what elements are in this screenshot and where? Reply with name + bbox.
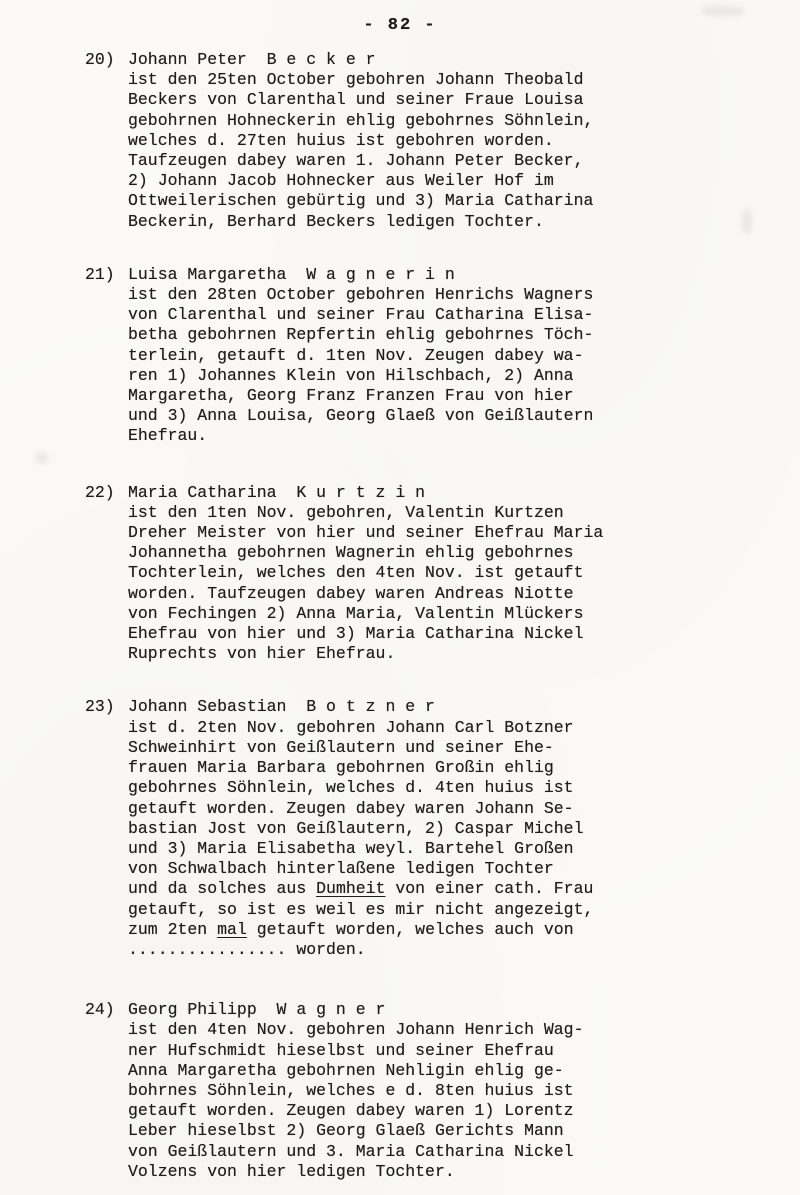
entry-line: und 3) Maria Elisabetha weyl. Bartehel G… bbox=[128, 839, 750, 859]
text-segment: von Clarenthal und seiner Frau Catharina… bbox=[128, 305, 593, 324]
text-segment: Beckerin, Berhard Beckers ledigen Tochte… bbox=[128, 212, 544, 231]
entry-line: betha gebohrnen Repfertin ehlig gebohrne… bbox=[128, 325, 750, 345]
text-segment: worden. Taufzeugen dabey waren Andreas N… bbox=[128, 584, 574, 603]
entry-line: bohrnes Söhnlein, welches e d. 8ten huiu… bbox=[128, 1081, 750, 1101]
entry-line: worden. Taufzeugen dabey waren Andreas N… bbox=[128, 584, 750, 604]
entry-heading: Maria Catharina K u r t z i n bbox=[128, 483, 750, 503]
text-segment: gebohrnen Hohneckerin ehlig gebohrnes Sö… bbox=[128, 111, 593, 130]
entry-line: zum 2ten mal getauft worden, welches auc… bbox=[128, 920, 750, 940]
entry-line: ist d. 2ten Nov. gebohren Johann Carl Bo… bbox=[128, 718, 750, 738]
entry-line: Ehefrau von hier und 3) Maria Catharina … bbox=[128, 624, 750, 644]
text-segment: ner Hufschmidt hieselbst und seiner Ehef… bbox=[128, 1041, 554, 1060]
entry-line: Beckers von Clarenthal und seiner Fraue … bbox=[128, 90, 750, 110]
entry-line: von Geißlautern und 3. Maria Catharina N… bbox=[128, 1142, 750, 1162]
entry-line: gebohrnes Söhnlein, welches d. 4ten huiu… bbox=[128, 778, 750, 798]
entry-heading: Georg Philipp W a g n e r bbox=[128, 1000, 750, 1020]
entry-line: terlein, getauft d. 1ten Nov. Zeugen dab… bbox=[128, 346, 750, 366]
entry-heading: Johann Sebastian B o t z n e r bbox=[128, 697, 750, 717]
text-segment: terlein, getauft d. 1ten Nov. Zeugen dab… bbox=[128, 346, 583, 365]
entry-line: frauen Maria Barbara gebohrnen Großin eh… bbox=[128, 758, 750, 778]
entry-body: Maria Catharina K u r t z i nist den 1te… bbox=[128, 483, 750, 665]
text-segment: von Fechingen 2) Anna Maria, Valentin Ml… bbox=[128, 604, 583, 623]
register-entry: 21)Luisa Margaretha W a g n e r i nist d… bbox=[85, 265, 750, 447]
text-segment: ist den 4ten Nov. gebohren Johann Henric… bbox=[128, 1020, 583, 1039]
text-segment: Margaretha, Georg Franz Franzen Frau von… bbox=[128, 386, 574, 405]
text-segment: Leber hieselbst 2) Georg Glaeß Gerichts … bbox=[128, 1121, 564, 1140]
entry-line: von Fechingen 2) Anna Maria, Valentin Ml… bbox=[128, 604, 750, 624]
entry-line: Beckerin, Berhard Beckers ledigen Tochte… bbox=[128, 212, 750, 232]
entry-line: Margaretha, Georg Franz Franzen Frau von… bbox=[128, 386, 750, 406]
text-segment: Ehefrau. bbox=[128, 426, 207, 445]
register-entry: 24)Georg Philipp W a g n e rist den 4ten… bbox=[85, 1000, 750, 1182]
text-segment: welches d. 27ten huius ist gebohren word… bbox=[128, 131, 554, 150]
text-segment: Taufzeugen dabey waren 1. Johann Peter B… bbox=[128, 151, 583, 170]
text-segment: gebohrnes Söhnlein, welches d. 4ten huiu… bbox=[128, 778, 574, 797]
text-segment: von einer cath. Frau bbox=[385, 879, 593, 898]
entry-line: ist den 28ten October gebohren Henrichs … bbox=[128, 285, 750, 305]
text-segment: von Geißlautern und 3. Maria Catharina N… bbox=[128, 1142, 574, 1161]
text-segment: frauen Maria Barbara gebohrnen Großin eh… bbox=[128, 758, 554, 777]
entry-line: Leber hieselbst 2) Georg Glaeß Gerichts … bbox=[128, 1121, 750, 1141]
text-segment: 2) Johann Jacob Hohnecker aus Weiler Hof… bbox=[128, 171, 554, 190]
entry-line: welches d. 27ten huius ist gebohren word… bbox=[128, 131, 750, 151]
text-segment: getauft worden. Zeugen dabey waren Johan… bbox=[128, 799, 574, 818]
underlined-word: Dumheit bbox=[316, 879, 385, 898]
entry-line: 2) Johann Jacob Hohnecker aus Weiler Hof… bbox=[128, 171, 750, 191]
text-segment: betha gebohrnen Repfertin ehlig gebohrne… bbox=[128, 325, 593, 344]
entry-line: von Schwalbach hinterlaßene ledigen Toch… bbox=[128, 859, 750, 879]
entry-heading: Luisa Margaretha W a g n e r i n bbox=[128, 265, 750, 285]
text-segment: Volzens von hier ledigen Tochter. bbox=[128, 1162, 455, 1181]
entries-container: 20)Johann Peter B e c k e rist den 25ten… bbox=[0, 50, 800, 1182]
text-segment: ist d. 2ten Nov. gebohren Johann Carl Bo… bbox=[128, 718, 574, 737]
entry-number: 23) bbox=[85, 697, 128, 960]
entry-line: getauft worden. Zeugen dabey waren 1) Lo… bbox=[128, 1101, 750, 1121]
entry-line: Ottweilerischen gebürtig und 3) Maria Ca… bbox=[128, 191, 750, 211]
entry-line: Ruprechts von hier Ehefrau. bbox=[128, 644, 750, 664]
entry-body: Georg Philipp W a g n e rist den 4ten No… bbox=[128, 1000, 750, 1182]
register-entry: 20)Johann Peter B e c k e rist den 25ten… bbox=[85, 50, 750, 232]
text-segment: Johannetha gebohrnen Wagnerin ehlig gebo… bbox=[128, 543, 574, 562]
entry-line: Schweinhirt von Geißlautern und seiner E… bbox=[128, 738, 750, 758]
scanned-document-page: - 82 - 20)Johann Peter B e c k e rist de… bbox=[0, 0, 800, 1195]
text-segment: Beckers von Clarenthal und seiner Fraue … bbox=[128, 90, 583, 109]
entry-body: Johann Sebastian B o t z n e rist d. 2te… bbox=[128, 697, 750, 960]
entry-number: 24) bbox=[85, 1000, 128, 1182]
text-segment: Dreher Meister von hier und seiner Ehefr… bbox=[128, 523, 603, 542]
entry-line: ist den 1ten Nov. gebohren, Valentin Kur… bbox=[128, 503, 750, 523]
register-entry: 22)Maria Catharina K u r t z i nist den … bbox=[85, 483, 750, 665]
text-segment: und da solches aus bbox=[128, 879, 316, 898]
text-segment: und 3) Maria Elisabetha weyl. Bartehel G… bbox=[128, 839, 574, 858]
entry-line: Taufzeugen dabey waren 1. Johann Peter B… bbox=[128, 151, 750, 171]
entry-line: getauft, so ist es weil es mir nicht ang… bbox=[128, 900, 750, 920]
entry-heading: Johann Peter B e c k e r bbox=[128, 50, 750, 70]
entry-line: Anna Margaretha gebohrnen Nehligin ehlig… bbox=[128, 1061, 750, 1081]
text-segment: ................ worden. bbox=[128, 940, 366, 959]
entry-line: Ehefrau. bbox=[128, 426, 750, 446]
entry-number: 22) bbox=[85, 483, 128, 665]
entry-line: Volzens von hier ledigen Tochter. bbox=[128, 1162, 750, 1182]
entry-line: und 3) Anna Louisa, Georg Glaeß von Geiß… bbox=[128, 406, 750, 426]
text-segment: ren 1) Johannes Klein von Hilschbach, 2)… bbox=[128, 366, 574, 385]
entry-line: getauft worden. Zeugen dabey waren Johan… bbox=[128, 799, 750, 819]
text-segment: Ottweilerischen gebürtig und 3) Maria Ca… bbox=[128, 191, 593, 210]
entry-number: 21) bbox=[85, 265, 128, 447]
entry-line: bastian Jost von Geißlautern, 2) Caspar … bbox=[128, 819, 750, 839]
text-segment: und 3) Anna Louisa, Georg Glaeß von Geiß… bbox=[128, 406, 593, 425]
entry-body: Johann Peter B e c k e rist den 25ten Oc… bbox=[128, 50, 750, 232]
entry-line: und da solches aus Dumheit von einer cat… bbox=[128, 879, 750, 899]
entry-line: ist den 25ten October gebohren Johann Th… bbox=[128, 70, 750, 90]
text-segment: bohrnes Söhnlein, welches e d. 8ten huiu… bbox=[128, 1081, 574, 1100]
text-segment: zum 2ten bbox=[128, 920, 217, 939]
scan-artifact bbox=[700, 6, 746, 16]
entry-line: von Clarenthal und seiner Frau Catharina… bbox=[128, 305, 750, 325]
register-entry: 23)Johann Sebastian B o t z n e rist d. … bbox=[85, 697, 750, 960]
entry-number: 20) bbox=[85, 50, 128, 232]
text-segment: ist den 28ten October gebohren Henrichs … bbox=[128, 285, 593, 304]
text-segment: getauft worden, welches auch von bbox=[247, 920, 574, 939]
text-segment: ist den 25ten October gebohren Johann Th… bbox=[128, 70, 583, 89]
text-segment: Tochterlein, welches den 4ten Nov. ist g… bbox=[128, 563, 583, 582]
entry-line: ................ worden. bbox=[128, 940, 750, 960]
text-segment: bastian Jost von Geißlautern, 2) Caspar … bbox=[128, 819, 583, 838]
underlined-word: mal bbox=[217, 920, 247, 939]
entry-line: gebohrnen Hohneckerin ehlig gebohrnes Sö… bbox=[128, 111, 750, 131]
entry-line: ren 1) Johannes Klein von Hilschbach, 2)… bbox=[128, 366, 750, 386]
text-segment: getauft, so ist es weil es mir nicht ang… bbox=[128, 900, 593, 919]
entry-line: ist den 4ten Nov. gebohren Johann Henric… bbox=[128, 1020, 750, 1040]
text-segment: Ruprechts von hier Ehefrau. bbox=[128, 644, 395, 663]
text-segment: Schweinhirt von Geißlautern und seiner E… bbox=[128, 738, 554, 757]
entry-line: Johannetha gebohrnen Wagnerin ehlig gebo… bbox=[128, 543, 750, 563]
entry-body: Luisa Margaretha W a g n e r i nist den … bbox=[128, 265, 750, 447]
text-segment: getauft worden. Zeugen dabey waren 1) Lo… bbox=[128, 1101, 574, 1120]
text-segment: von Schwalbach hinterlaßene ledigen Toch… bbox=[128, 859, 554, 878]
text-segment: ist den 1ten Nov. gebohren, Valentin Kur… bbox=[128, 503, 564, 522]
entry-line: Dreher Meister von hier und seiner Ehefr… bbox=[128, 523, 750, 543]
page-number: - 82 - bbox=[0, 16, 800, 36]
entry-line: ner Hufschmidt hieselbst und seiner Ehef… bbox=[128, 1041, 750, 1061]
text-segment: Anna Margaretha gebohrnen Nehligin ehlig… bbox=[128, 1061, 564, 1080]
entry-line: Tochterlein, welches den 4ten Nov. ist g… bbox=[128, 563, 750, 583]
text-segment: Ehefrau von hier und 3) Maria Catharina … bbox=[128, 624, 583, 643]
